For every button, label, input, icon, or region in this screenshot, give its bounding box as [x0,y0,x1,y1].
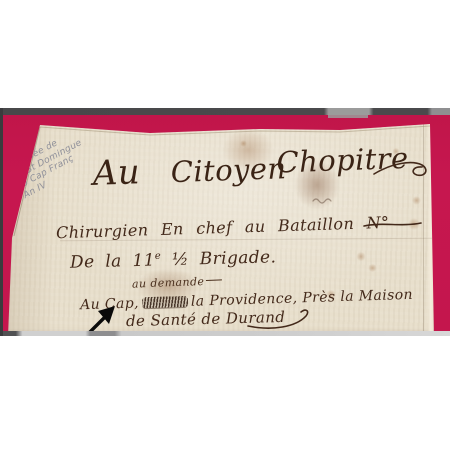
word-au: Au [92,152,141,194]
word-citoyen: Citoyen [170,151,287,189]
page-canvas: Armée de St Domingue 6 Cap Franç An IV A… [0,0,450,450]
brigade-number: De la 11 [70,250,155,272]
faint-ink-squiggle [312,196,334,206]
letter-paper: Armée de St Domingue 6 Cap Franç An IV A… [0,108,450,336]
fox-spot [368,264,377,272]
struck-out-word [142,296,188,308]
photo-left-edge [0,108,3,336]
fox-spot [356,252,366,261]
product-photo: Armée de St Domingue 6 Cap Franç An IV A… [0,108,450,336]
fox-spot [240,140,247,147]
signature-flourish [372,158,436,184]
photo-bottom-edge [0,331,450,336]
line2-dash-flourish [362,220,424,230]
photo-top-edge [0,108,450,115]
brigade-suffix: ½ Brigade. [161,247,277,270]
fox-spot [412,196,421,205]
photo-top-edge-notch [328,114,368,118]
durand-flourish [246,306,318,332]
